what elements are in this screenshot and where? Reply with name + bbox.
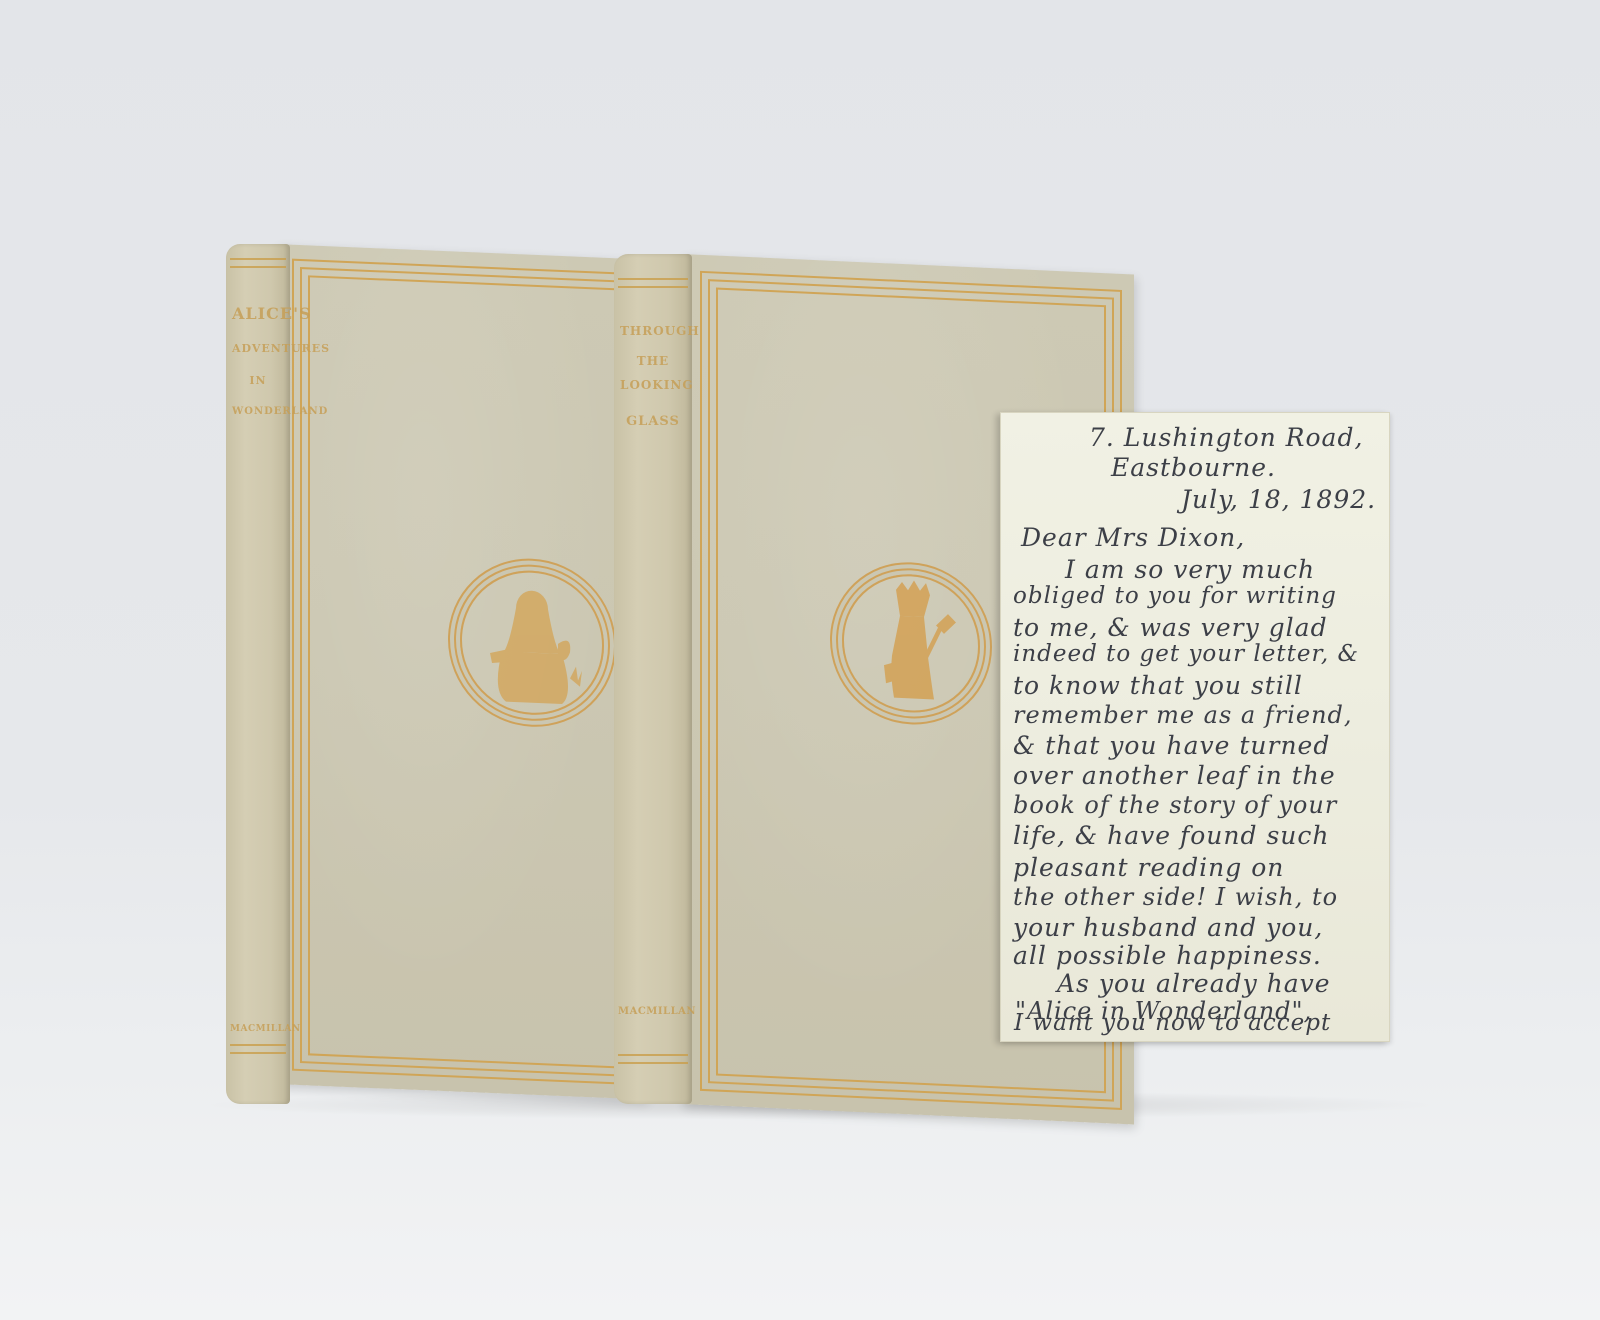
- spine-band: [618, 278, 688, 280]
- letter-address-line: 7. Lushington Road,: [1089, 423, 1363, 452]
- spine-band: [618, 1062, 688, 1064]
- spine-title-line: GLASS: [620, 414, 686, 429]
- gilt-medallion: [460, 568, 604, 718]
- spine-band: [618, 1054, 688, 1056]
- letter-address-line: Eastbourne.: [1111, 453, 1276, 482]
- spine-publisher: MACMILLAN: [230, 1024, 286, 1034]
- gilt-medallion: [842, 571, 980, 715]
- spine-title-line: ADVENTURES: [232, 342, 284, 355]
- spine-title-line: WONDERLAND: [232, 406, 284, 417]
- book-cover: [276, 244, 646, 1100]
- letter-body-line: all possible happiness.: [1013, 941, 1322, 970]
- letter-body-line: obliged to you for writing: [1013, 583, 1337, 609]
- letter-body-line: over another leaf in the: [1013, 761, 1336, 790]
- book-alices-adventures: ALICE'S ADVENTURES IN WONDERLAND MACMILL…: [226, 244, 646, 1084]
- spine-title-line: THE: [620, 354, 686, 368]
- letter-body-line: to me, & was very glad: [1013, 613, 1328, 642]
- letter-date: July, 18, 1892.: [1181, 485, 1376, 514]
- alice-figure-icon: [462, 570, 602, 716]
- photo-scene: ALICE'S ADVENTURES IN WONDERLAND MACMILL…: [0, 0, 1600, 1320]
- spine-publisher: MACMILLAN: [618, 1006, 688, 1017]
- letter-body-line: As you already have: [1057, 969, 1331, 998]
- spine-band: [230, 1044, 286, 1046]
- letter-body-line: remember me as a friend,: [1013, 701, 1353, 729]
- letter-body-line: I want you now to accept: [1014, 1010, 1331, 1036]
- spine-band: [230, 266, 286, 268]
- book-spine: THROUGH THE LOOKING GLASS MACMILLAN: [614, 254, 692, 1104]
- letter-body-line: pleasant reading on: [1013, 853, 1284, 882]
- spine-title-line: IN: [232, 374, 284, 387]
- letter-body-line: indeed to get your letter, &: [1013, 641, 1359, 667]
- book-spine: ALICE'S ADVENTURES IN WONDERLAND MACMILL…: [226, 244, 290, 1104]
- letter-body-line: life, & have found such: [1013, 821, 1330, 850]
- spine-band: [230, 258, 286, 260]
- letter-salutation: Dear Mrs Dixon,: [1021, 523, 1245, 552]
- letter-last-line-container: I want you now to accept: [1014, 1010, 1331, 1036]
- handwritten-letter: 7. Lushington Road, Eastbourne. July, 18…: [1000, 412, 1390, 1042]
- red-queen-figure-icon: [844, 573, 978, 713]
- spine-title-line: LOOKING: [620, 378, 686, 392]
- letter-body-line: book of the story of your: [1013, 791, 1337, 819]
- spine-band: [618, 286, 688, 288]
- spine-title-line: THROUGH: [620, 324, 686, 338]
- letter-body-line: to know that you still: [1013, 671, 1303, 700]
- letter-body-line: the other side! I wish, to: [1013, 883, 1338, 911]
- letter-body-line: & that you have turned: [1013, 731, 1330, 760]
- letter-body-line: I am so very much: [1065, 555, 1315, 584]
- spine-title-line: ALICE'S: [232, 304, 284, 323]
- letter-body-line: your husband and you,: [1013, 913, 1323, 942]
- spine-band: [230, 1052, 286, 1054]
